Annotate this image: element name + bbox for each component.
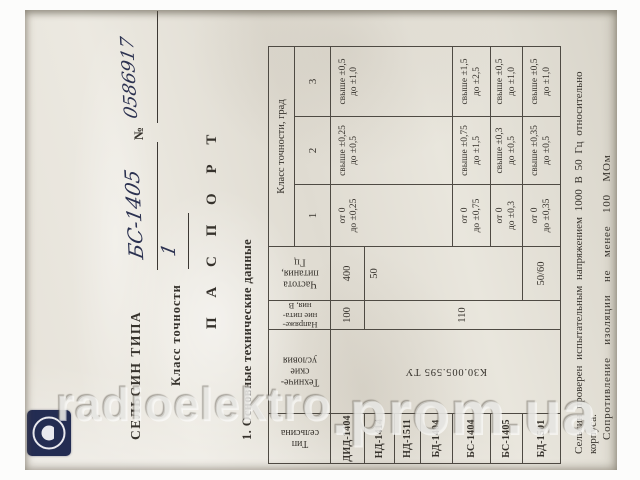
class3-cell: свыше ±0,5до ±1,0 xyxy=(523,47,561,117)
col-header-frequency: Частотапитания,Гц xyxy=(269,247,331,301)
passport-title: П А С П О Р Т xyxy=(204,127,221,329)
accuracy-class-value-handwritten: 1 xyxy=(158,242,181,259)
voltage-cell-merged: 110 xyxy=(365,301,561,330)
class1-cell: от 0до ±0,75 xyxy=(453,185,491,247)
accuracy-class-label: Класс точности xyxy=(169,284,184,386)
voltage-cell: 100 xyxy=(331,301,365,330)
frequency-cell: 50/60 xyxy=(523,247,561,301)
serial-underline xyxy=(157,11,158,123)
class3-cell: свыше ±1,5до ±2,5 xyxy=(453,47,491,117)
class-subcol-1: 1 xyxy=(295,185,331,247)
accuracy-underline xyxy=(188,213,189,269)
col-header-accuracy-class: Класс точности, град xyxy=(269,47,295,247)
class1-cell: от 0до ±0,35 xyxy=(523,185,561,247)
selsyn-type-value-handwritten: БС-1405 xyxy=(120,167,149,260)
class2-cell: свыше ±0,75до ±1,5 xyxy=(453,117,491,185)
number-sign: № xyxy=(131,127,147,140)
screenshot-canvas: СЕЛЬСИН ТИПА БС-1405 № 0586917 Класс точ… xyxy=(0,0,640,480)
watermark: radioelektro.prom.ua xyxy=(56,381,597,442)
class3-cell: свыше ±0,5до ±1,0 xyxy=(491,47,523,117)
class2-cell: свыше ±0,3до ±0,5 xyxy=(491,117,523,185)
col-header-voltage: Напряже-ние пита-ния, В xyxy=(269,301,331,330)
class2-cell: свыше ±0,25до ±0,5 xyxy=(331,117,453,185)
class2-cell: свыше ±0,35до ±0,5 xyxy=(523,117,561,185)
frequency-cell-merged: 50 xyxy=(365,247,523,301)
class1-cell: от 0до ±0,25 xyxy=(331,185,453,247)
serial-number-handwritten: 0586917 xyxy=(117,35,142,120)
class-subcol-3: 3 xyxy=(295,47,331,117)
frequency-cell: 400 xyxy=(331,247,365,301)
footer-line-3: Сопротивление изоляции не менее 100 МОм xyxy=(601,155,613,440)
class-subcol-2: 2 xyxy=(295,117,331,185)
class1-cell: от 0до ±0,3 xyxy=(491,185,523,247)
class3-cell: свыше ±0,5до ±1,0 xyxy=(331,47,453,117)
